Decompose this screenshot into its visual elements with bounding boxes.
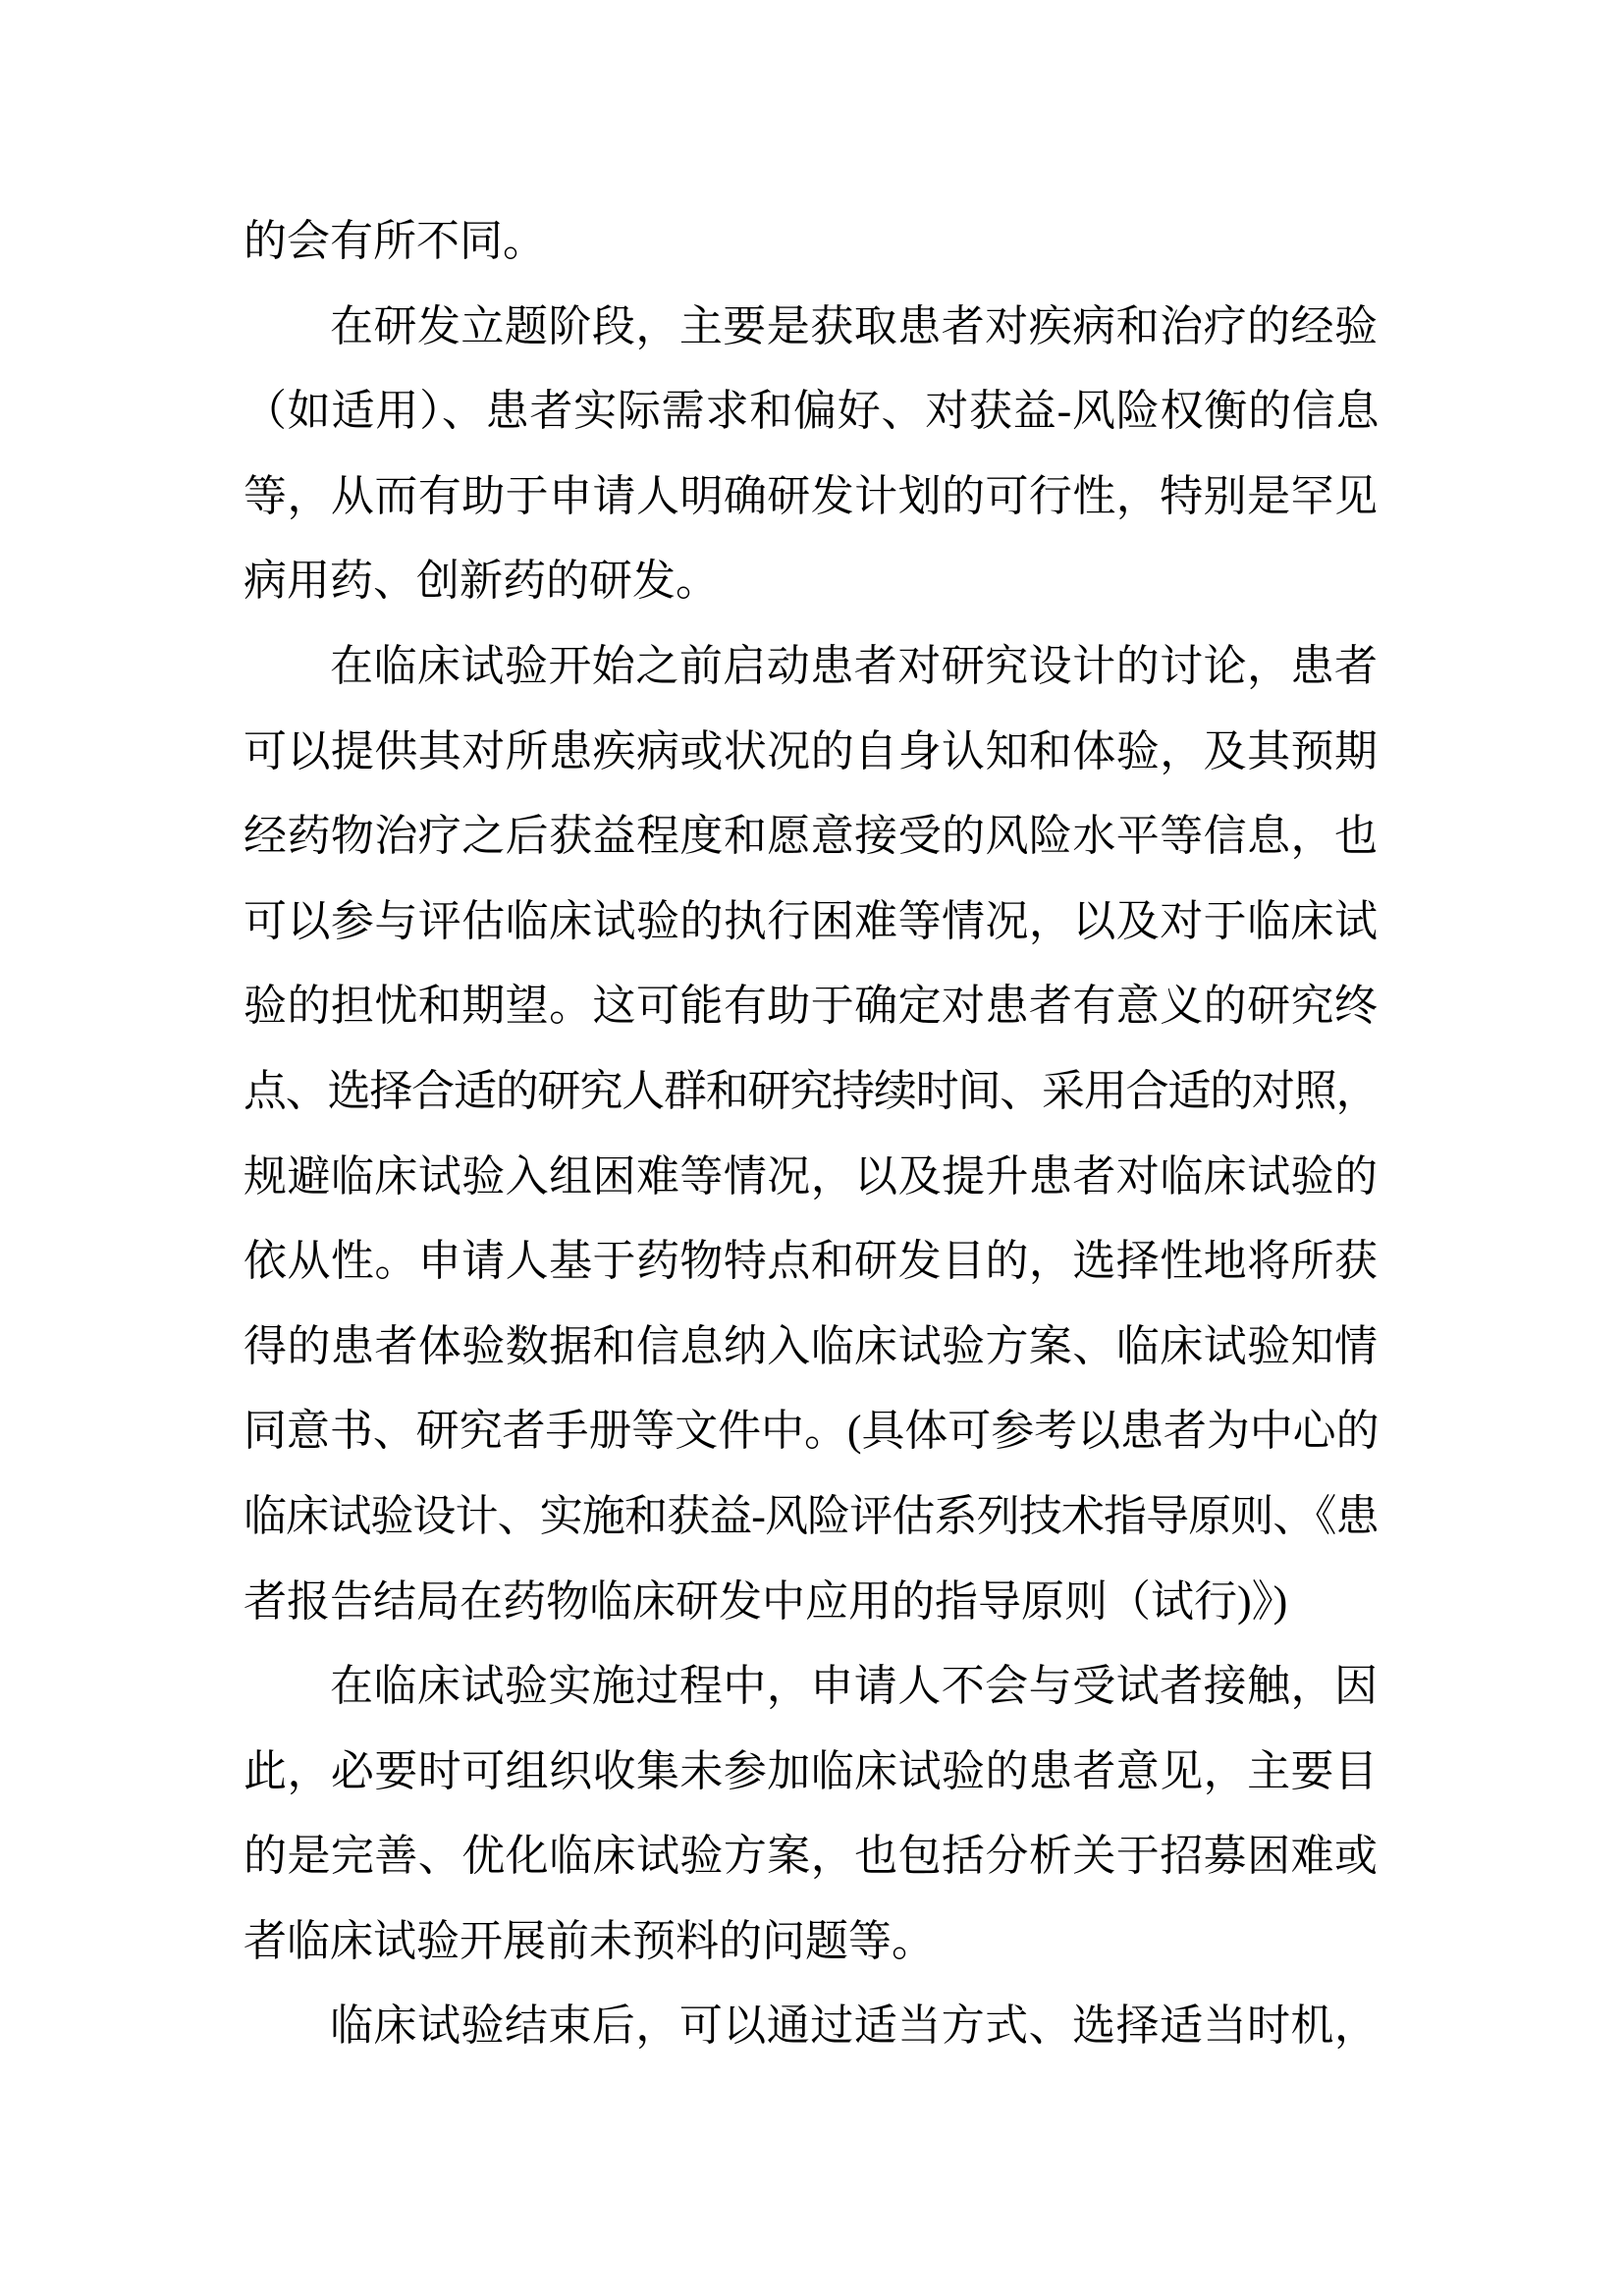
text-line: 规避临床试验入组困难等情况，以及提升患者对临床试验的	[244, 1135, 1378, 1220]
text-line: 验的担忧和期望。这可能有助于确定对患者有意义的研究终	[244, 964, 1378, 1049]
text-line: 病用药、创新药的研发。	[244, 539, 1378, 624]
text-line: 临床试验设计、实施和获益-风险评估系列技术指导原则、《患	[244, 1474, 1378, 1560]
text-line: 临床试验结束后，可以通过适当方式、选择适当时机，	[244, 1984, 1378, 2069]
text-line: 在临床试验实施过程中，申请人不会与受试者接触，因	[244, 1644, 1378, 1730]
text-line: 可以提供其对所患疾病或状况的自身认知和体验，及其预期	[244, 710, 1378, 795]
text-line: 在研发立题阶段，主要是获取患者对疾病和治疗的经验	[244, 285, 1378, 370]
text-line: 得的患者体验数据和信息纳入临床试验方案、临床试验知情	[244, 1305, 1378, 1390]
text-line: 依从性。申请人基于药物特点和研发目的，选择性地将所获	[244, 1219, 1378, 1305]
text-line: 点、选择合适的研究人群和研究持续时间、采用合适的对照，	[244, 1049, 1378, 1135]
text-line: 者临床试验开展前未预料的问题等。	[244, 1899, 1378, 1985]
text-line: 者报告结局在药物临床研发中应用的指导原则（试行)》)	[244, 1560, 1378, 1645]
text-line: 同意书、研究者手册等文件中。(具体可参考以患者为中心的	[244, 1389, 1378, 1474]
text-line: 等，从而有助于申请人明确研发计划的可行性，特别是罕见	[244, 454, 1378, 540]
document-page: 的会有所不同。 在研发立题阶段，主要是获取患者对疾病和治疗的经验 （如适用）、患…	[0, 0, 1624, 2296]
text-line: 的是完善、优化临床试验方案，也包括分析关于招募困难或	[244, 1814, 1378, 1899]
text-block: 的会有所不同。 在研发立题阶段，主要是获取患者对疾病和治疗的经验 （如适用）、患…	[244, 199, 1378, 2069]
text-line: （如适用）、患者实际需求和偏好、对获益-风险权衡的信息	[244, 369, 1378, 454]
text-line: 可以参与评估临床试验的执行困难等情况，以及对于临床试	[244, 880, 1378, 965]
text-line: 此，必要时可组织收集未参加临床试验的患者意见，主要目	[244, 1730, 1378, 1815]
text-line: 的会有所不同。	[244, 199, 1378, 285]
text-line: 在临床试验开始之前启动患者对研究设计的讨论，患者	[244, 624, 1378, 710]
text-line: 经药物治疗之后获益程度和愿意接受的风险水平等信息，也	[244, 794, 1378, 880]
